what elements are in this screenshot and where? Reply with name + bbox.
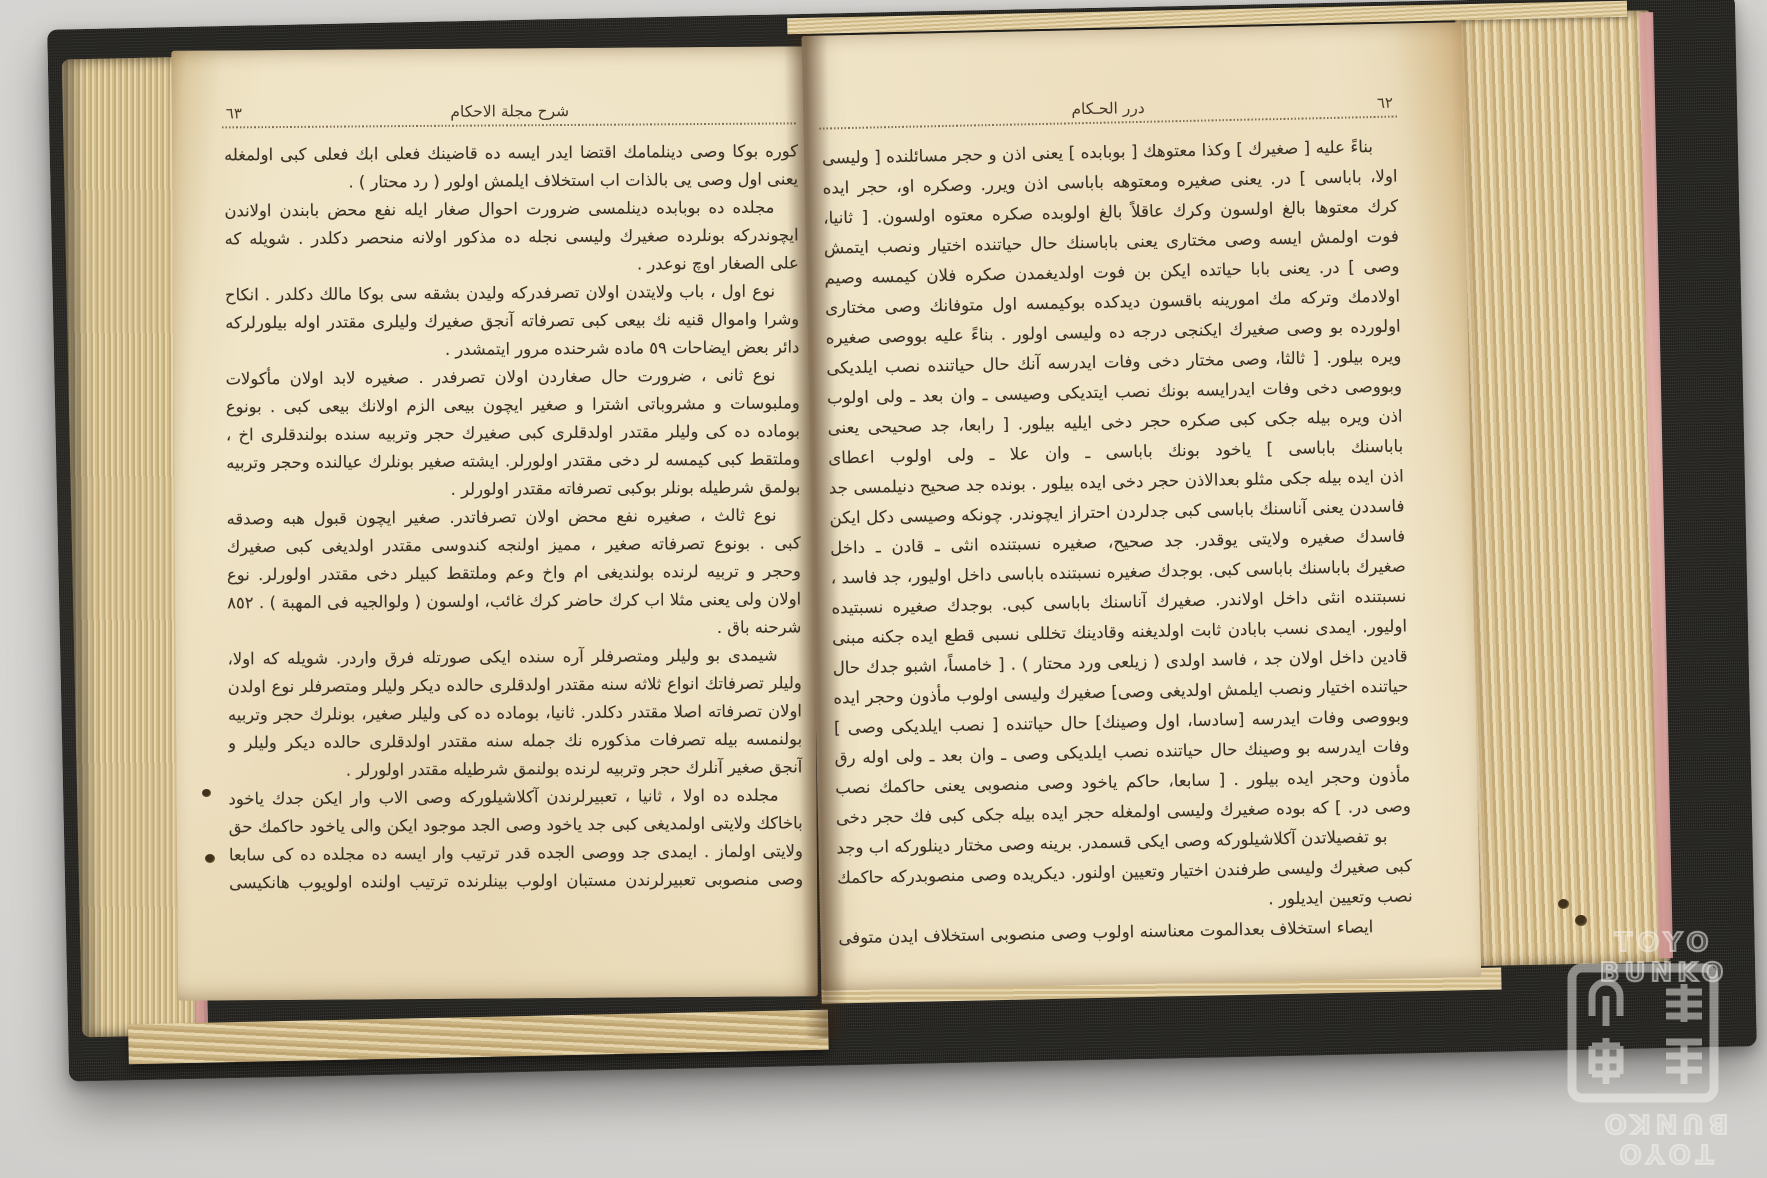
text-line: يعنى اول وصى يى بالذات اب استخلاف ايلمش …	[224, 165, 798, 197]
toyo-bunko-watermark-bottom: TOYO BUNKO	[1548, 1108, 1767, 1168]
text-line: كبى . بونوع تصرفاته صغير ، مميز اولنجه ك…	[227, 529, 801, 561]
left-page-title: شرح مجلة الاحكام	[318, 101, 702, 122]
wormhole	[1575, 915, 1587, 926]
text-line: باخاكك ولايتى اولمديغى كبى جد ياخود وصى …	[229, 809, 803, 841]
text-line: وليلر تصرفاتك انواع ثلاثه سنه مقتدر اولد…	[228, 669, 802, 701]
right-page-text: بناءً عليه [ صغيرك ] وكذا معتوهك [ بوباب…	[822, 132, 1414, 954]
book-photo: ٦٣ شرح مجلة الاحكام كوره بوكا وصى دينلما…	[0, 0, 1767, 1178]
text-line: آنجق صغير آنلرك حجر وتربيه لرنده بولنمق …	[228, 753, 802, 785]
wormhole	[1558, 899, 1569, 909]
bottom-left-page-edge-stack	[128, 1010, 829, 1065]
left-page-text: كوره بوكا وصى دينلمامك اقتضا ايدر ايسه د…	[224, 137, 803, 897]
right-page-number: ٦٢	[1301, 94, 1393, 114]
text-line: وملتقط كبى كيمسه لر دخى مقتدر اولورلر. ا…	[226, 445, 800, 477]
text-line: شيمدى بو وليلر ومتصرفلر آره سنده ايكى صو…	[227, 641, 801, 673]
text-line: وملبوسات و مشروباتى اشترا و صغير ايچون ب…	[226, 389, 800, 421]
left-page: ٦٣ شرح مجلة الاحكام كوره بوكا وصى دينلما…	[171, 46, 818, 1000]
text-line: بولمق شرطيله بونلر بوكبى تصرفاته مقتدر ا…	[226, 473, 800, 505]
text-line: دائر بعض ايضاحات ٥٩ ماده شرحنده مرور ايت…	[225, 333, 799, 365]
right-page-edge-stack	[1455, 10, 1671, 966]
text-line: كوره بوكا وصى دينلمامك اقتضا ايدر ايسه د…	[224, 137, 798, 169]
right-page: درر الحـكام ٦٢ بناءً عليه [ صغيرك ] وكذا…	[801, 22, 1481, 991]
right-page-title: درر الحـكام	[915, 96, 1301, 122]
right-header-spacer	[823, 118, 915, 120]
text-line: وصى منصوبى تعبيرلرندن مستبان اولوب بينلر…	[229, 865, 803, 897]
text-line: ايچوندركه بونلرده صغيرك وليسى نجله ده مذ…	[225, 221, 799, 253]
text-line: ولايتى اولماز . ايمدى جد ووصى الجده قدر …	[229, 837, 803, 869]
text-line: نوع ثالث ، صغيره نفع محض اولان تصرفاتدر.…	[226, 501, 800, 533]
text-line: مجلده ده بوبابده دينلمسى ضرورت احوال صغا…	[224, 193, 798, 225]
text-line: بولنمسه بيله تصرفات مذكوره نك جمله سنه م…	[228, 725, 802, 757]
text-line: وشرا واموال قنيه نك بيعى كبى تصرفاته آنج…	[225, 305, 799, 337]
left-header-rule	[222, 122, 796, 128]
text-line: مجلده ده اولا ، ثانيا ، تعبيرلرندن آكلاش…	[228, 781, 802, 813]
wormhole	[202, 789, 211, 797]
text-line: بوماده ده كى وليلر مقتدر اولدقلرى كبى صغ…	[226, 417, 800, 449]
toyo-bunko-seal-icon	[1566, 962, 1720, 1104]
text-line: اولان تصرفاته اصلا مقتدر دكلدر. ثانيا، ب…	[228, 697, 802, 729]
text-line: نوع اول ، باب ولايتدن اولان تصرفدركه ولي…	[225, 277, 799, 309]
text-line: نوع ثانى ، ضرورت حال صغاردن اولان تصرفدر…	[225, 361, 799, 393]
book-cover: ٦٣ شرح مجلة الاحكام كوره بوكا وصى دينلما…	[47, 0, 1757, 1082]
text-line: اولان ولى يعنى مثلا اب كرك حاضر كرك غائب…	[227, 585, 801, 617]
left-header-spacer	[702, 114, 794, 115]
text-line: شرحنه باق .	[227, 613, 801, 645]
wormhole	[205, 854, 215, 863]
text-line: وحجر و تربيه لرنده بولنديغى ام واخ وعم و…	[227, 557, 801, 589]
left-page-number: ٦٣	[226, 104, 318, 123]
text-line: على الصغار اوچ نوعدر .	[225, 249, 799, 281]
left-page-header: ٦٣ شرح مجلة الاحكام	[226, 100, 794, 122]
